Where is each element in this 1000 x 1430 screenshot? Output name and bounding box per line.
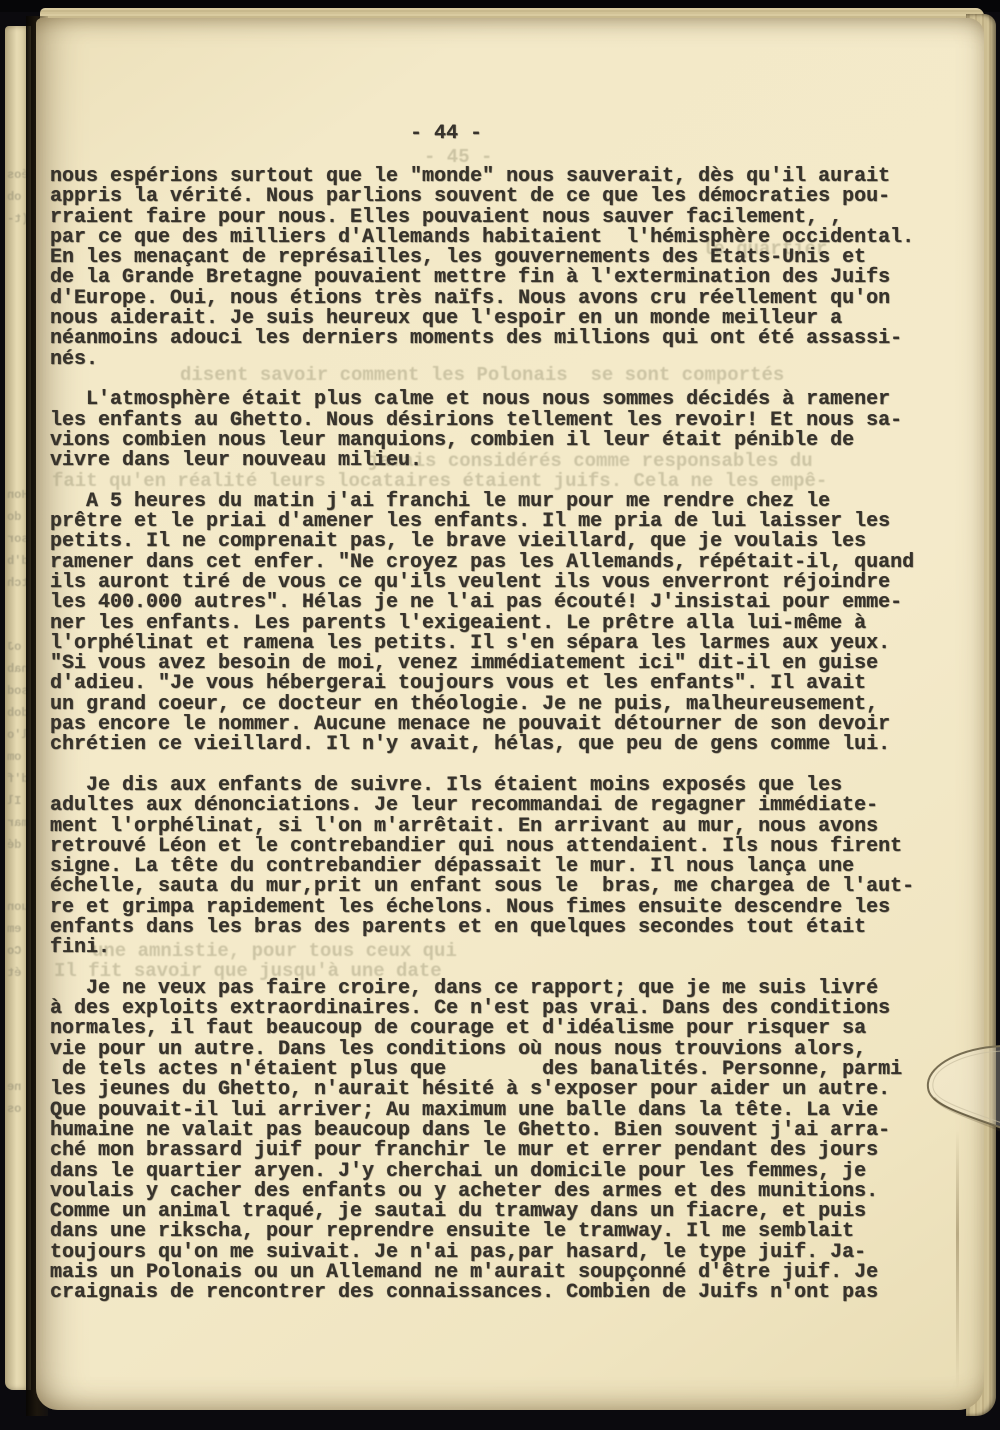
- page-number: - 44 -: [410, 122, 482, 145]
- paragraph: nous espérions surtout que le "monde" no…: [50, 167, 914, 370]
- mirrored-spine-text: os: [7, 1102, 21, 1116]
- paragraph: Je dis aux enfants de suivre. Ils étaien…: [50, 776, 914, 959]
- mirrored-spine-text: oJ: [7, 640, 21, 654]
- mirrored-spine-text: ne: [7, 1080, 21, 1094]
- body-text: nous espérions surtout que le "monde" no…: [50, 167, 914, 1324]
- page-crease: [956, 1130, 959, 1390]
- mirrored-spine-text: Co: [7, 944, 21, 958]
- mirrored-spine-text: dé: [7, 838, 21, 852]
- mirrored-spine-text: om: [7, 750, 21, 764]
- mirrored-spine-text: Il: [7, 794, 21, 808]
- mirrored-spine-text: do: [7, 510, 21, 524]
- mirrored-spine-text: em: [7, 922, 21, 936]
- mirrored-spine-text: ét: [7, 966, 21, 980]
- paragraph: A 5 heures du matin j'ai franchi le mur …: [50, 492, 914, 756]
- book-scan-photo: éosob(t-Hondosord'btchoJnabsoddobl'oomd'…: [0, 0, 1000, 1430]
- paperclip: [922, 1038, 1000, 1138]
- paragraph: Je ne veux pas faire croire, dans ce rap…: [50, 979, 914, 1304]
- mirrored-spine-text: ob: [7, 190, 21, 204]
- paragraph: L'atmosphère était plus calme et nous no…: [50, 390, 914, 471]
